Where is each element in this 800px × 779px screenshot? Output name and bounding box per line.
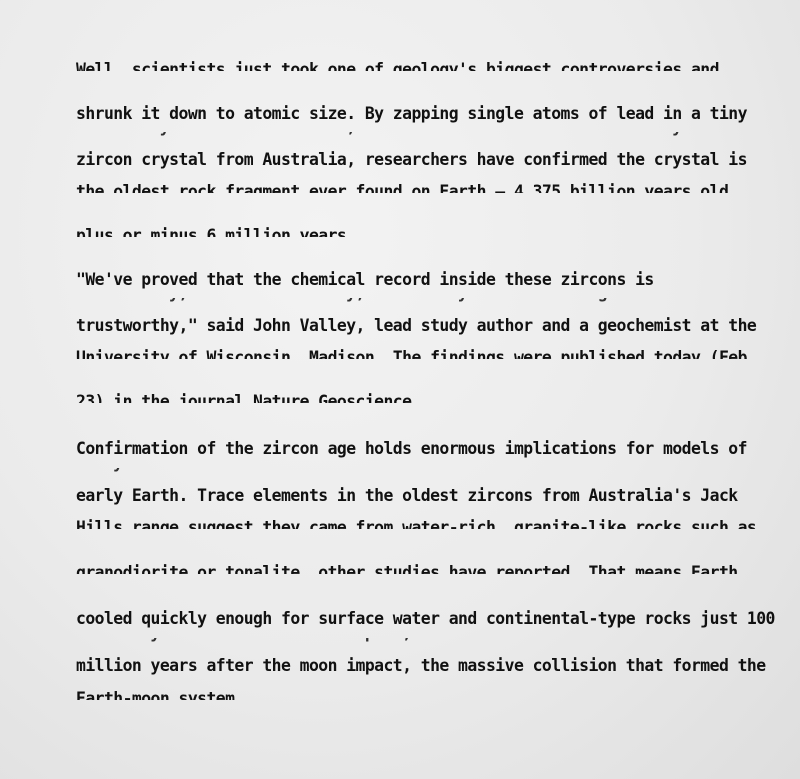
- line-top-half: University of Wisconsin, Madison. The fi…: [76, 348, 756, 359]
- print-artifact-dots: trustworthy," said John Valley, lead stu…: [76, 298, 756, 303]
- text-line: Confirmation of the zircon age holds eno…: [76, 439, 747, 459]
- text-line: plus or minus 6 million years. plus or m…: [76, 226, 113, 254]
- text-line: Hills range suggest they came from water…: [76, 518, 113, 546]
- artifact-text: trustworthy," said John Valley, lead stu…: [76, 298, 756, 302]
- text-line: granodiorite or tonalite, other studies …: [76, 563, 113, 591]
- text-line: cooled quickly enough for surface water …: [76, 609, 775, 629]
- text-line: the oldest rock fragment ever found on E…: [76, 182, 113, 210]
- line-top-half: Well, scientists just took one of geolog…: [76, 60, 719, 71]
- text-line: early Earth. Trace elements in the oldes…: [76, 486, 738, 506]
- line-top-half: 23) in the journal Nature Geoscience.: [76, 392, 421, 403]
- text-line: "We've proved that the chemical record i…: [76, 270, 654, 290]
- printed-page: Well, scientists just took one of geolog…: [0, 0, 800, 779]
- line-top-half: Hills range suggest they came from water…: [76, 518, 756, 529]
- text-line: million years after the moon impact, the…: [76, 656, 766, 676]
- print-artifact-dots: early Earth. Trace elements in the oldes…: [76, 468, 738, 473]
- artifact-text: million years after the moon impact, the…: [76, 638, 766, 642]
- text-line: Earth-moon system. Earth-moon system.: [76, 689, 113, 717]
- text-line: trustworthy," said John Valley, lead stu…: [76, 316, 756, 336]
- line-top-half: the oldest rock fragment ever found on E…: [76, 182, 738, 193]
- text-line: University of Wisconsin, Madison. The fi…: [76, 348, 113, 376]
- artifact-text: zircon crystal from Australia, researche…: [76, 132, 747, 136]
- print-artifact-dots: million years after the moon impact, the…: [76, 638, 766, 643]
- text-line: Well, scientists just took one of geolog…: [76, 60, 113, 88]
- text-line: shrunk it down to atomic size. By zappin…: [76, 104, 747, 124]
- line-top-half: granodiorite or tonalite, other studies …: [76, 563, 738, 574]
- text-line: 23) in the journal Nature Geoscience. 23…: [76, 392, 113, 420]
- line-top-half: Earth-moon system.: [76, 689, 244, 700]
- artifact-text: early Earth. Trace elements in the oldes…: [76, 468, 738, 472]
- line-top-half: plus or minus 6 million years.: [76, 226, 356, 237]
- text-line: zircon crystal from Australia, researche…: [76, 150, 747, 170]
- print-artifact-dots: zircon crystal from Australia, researche…: [76, 132, 747, 137]
